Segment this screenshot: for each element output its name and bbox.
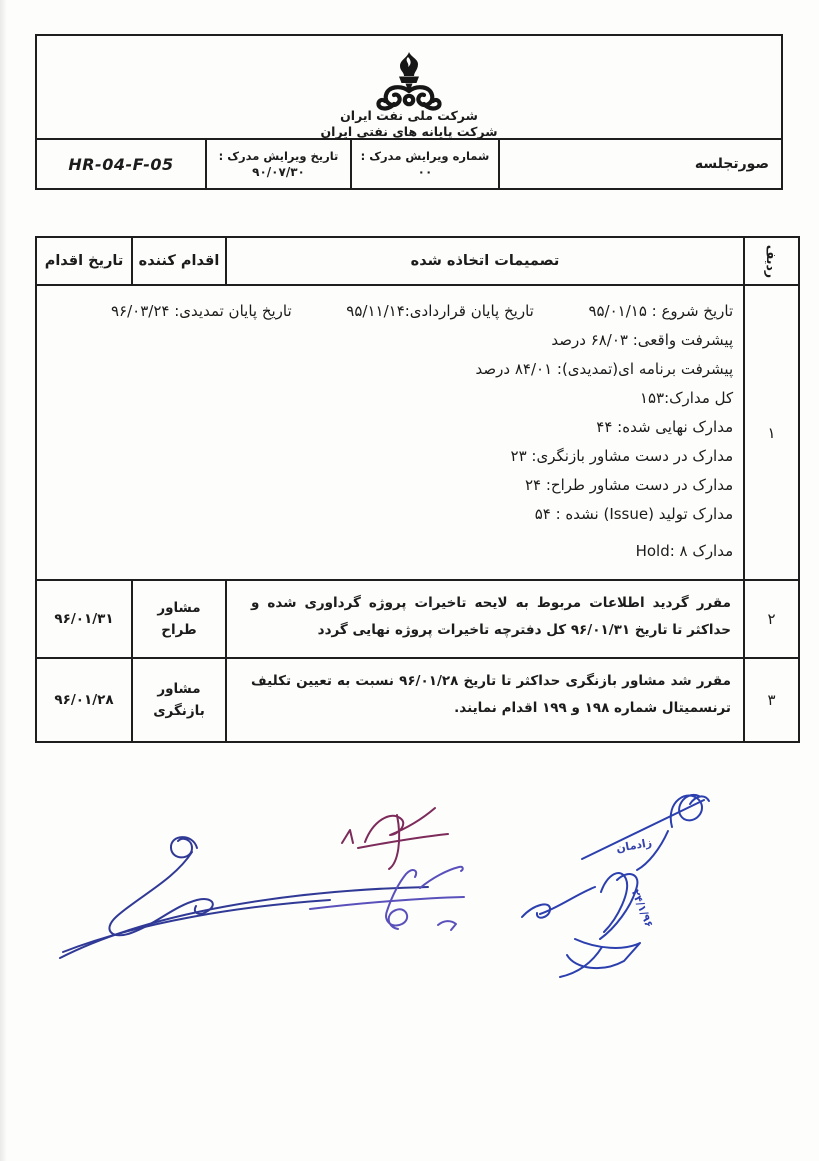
row1-line: مدارک نهایی شده: ۴۴ xyxy=(51,413,733,442)
decisions-table: تاریخ اقدام اقدام کننده تصمیمات اتخاذه ش… xyxy=(35,236,800,743)
row1-hold-line: مدارک Hold: ۸ xyxy=(51,537,733,566)
row1-line: مدارک تولید (Issue) نشده : ۵۴ xyxy=(51,500,733,529)
row1-line: پیشرفت برنامه ای(تمدیدی): ۸۴/۰۱ درصد xyxy=(51,355,733,384)
contract-end-date: تاریخ پایان قراردادی:۹۵/۱۱/۱۴ xyxy=(346,297,534,326)
signature-left-icon xyxy=(60,837,428,958)
doc-edit-date-cell: تاریخ ویرایش مدرک : ۹۰/۰۷/۳۰ xyxy=(207,140,352,188)
doc-edit-number-value: ۰۰ xyxy=(418,165,433,179)
column-header-actor: اقدام کننده xyxy=(133,238,227,284)
column-header-decisions: تصمیمات اتخاذه شده xyxy=(227,238,745,284)
signature-right-top-icon xyxy=(582,795,709,870)
company-name-line1: شرکت ملی نفت ایران xyxy=(37,108,781,123)
company-name-line2: شرکت پایانه های نفتی ایران xyxy=(37,124,781,139)
row1-decision-cell: تاریخ شروع : ۹۵/۰۱/۱۵ تاریخ پایان قراردا… xyxy=(37,286,745,579)
signature-right-bottom-icon xyxy=(522,873,640,977)
document-header-box: شرکت ملی نفت ایران شرکت پایانه های نفتی … xyxy=(35,34,783,190)
row-number-label: ردیف xyxy=(764,244,779,277)
doc-edit-number-label: شماره ویرایش مدرک : xyxy=(361,149,490,163)
table-row: ۹۶/۰۱/۳۱ مشاور طراح مقرر گردید اطلاعات م… xyxy=(37,581,798,659)
row1-number: ۱ xyxy=(745,286,798,579)
table-row: تاریخ شروع : ۹۵/۰۱/۱۵ تاریخ پایان قراردا… xyxy=(37,286,798,581)
doc-edit-number-cell: شماره ویرایش مدرک : ۰۰ xyxy=(352,140,500,188)
header-meta-row: HR-04-F-05 تاریخ ویرایش مدرک : ۹۰/۰۷/۳۰ … xyxy=(37,138,781,188)
row2-number: ۲ xyxy=(745,581,798,657)
row2-actor: مشاور طراح xyxy=(133,581,227,657)
row1-line: پیشرفت واقعی: ۶۸/۰۳ درصد xyxy=(51,326,733,355)
extended-end-date: تاریخ پایان تمدیدی: ۹۶/۰۳/۲۴ xyxy=(111,297,292,326)
signatures-area xyxy=(0,720,819,1020)
project-start-date: تاریخ شروع : ۹۵/۰۱/۱۵ xyxy=(588,297,733,326)
row2-decision: مقرر گردید اطلاعات مربوط به لایحه تاخیرا… xyxy=(227,581,745,657)
row1-dates-line: تاریخ شروع : ۹۵/۰۱/۱۵ تاریخ پایان قراردا… xyxy=(51,297,733,326)
row2-action-date: ۹۶/۰۱/۳۱ xyxy=(37,581,133,657)
document-type-title: صورتجلسه xyxy=(500,140,781,188)
table-header-row: تاریخ اقدام اقدام کننده تصمیمات اتخاذه ش… xyxy=(37,238,798,286)
signature-middle-top-icon xyxy=(342,808,448,869)
scanned-meeting-minutes-page: شرکت ملی نفت ایران شرکت پایانه های نفتی … xyxy=(0,0,819,1161)
form-code: HR-04-F-05 xyxy=(37,140,207,188)
column-header-action-date: تاریخ اقدام xyxy=(37,238,133,284)
signature-middle-icon xyxy=(310,867,464,930)
row1-line: مدارک در دست مشاور طراح: ۲۴ xyxy=(51,471,733,500)
doc-edit-date-label: تاریخ ویرایش مدرک : xyxy=(219,149,339,163)
row1-line: مدارک در دست مشاور بازنگری: ۲۳ xyxy=(51,442,733,471)
doc-edit-date-value: ۹۰/۰۷/۳۰ xyxy=(252,165,305,179)
row1-line: کل مدارک:۱۵۳ xyxy=(51,384,733,413)
column-header-row-number: ردیف xyxy=(745,238,798,284)
